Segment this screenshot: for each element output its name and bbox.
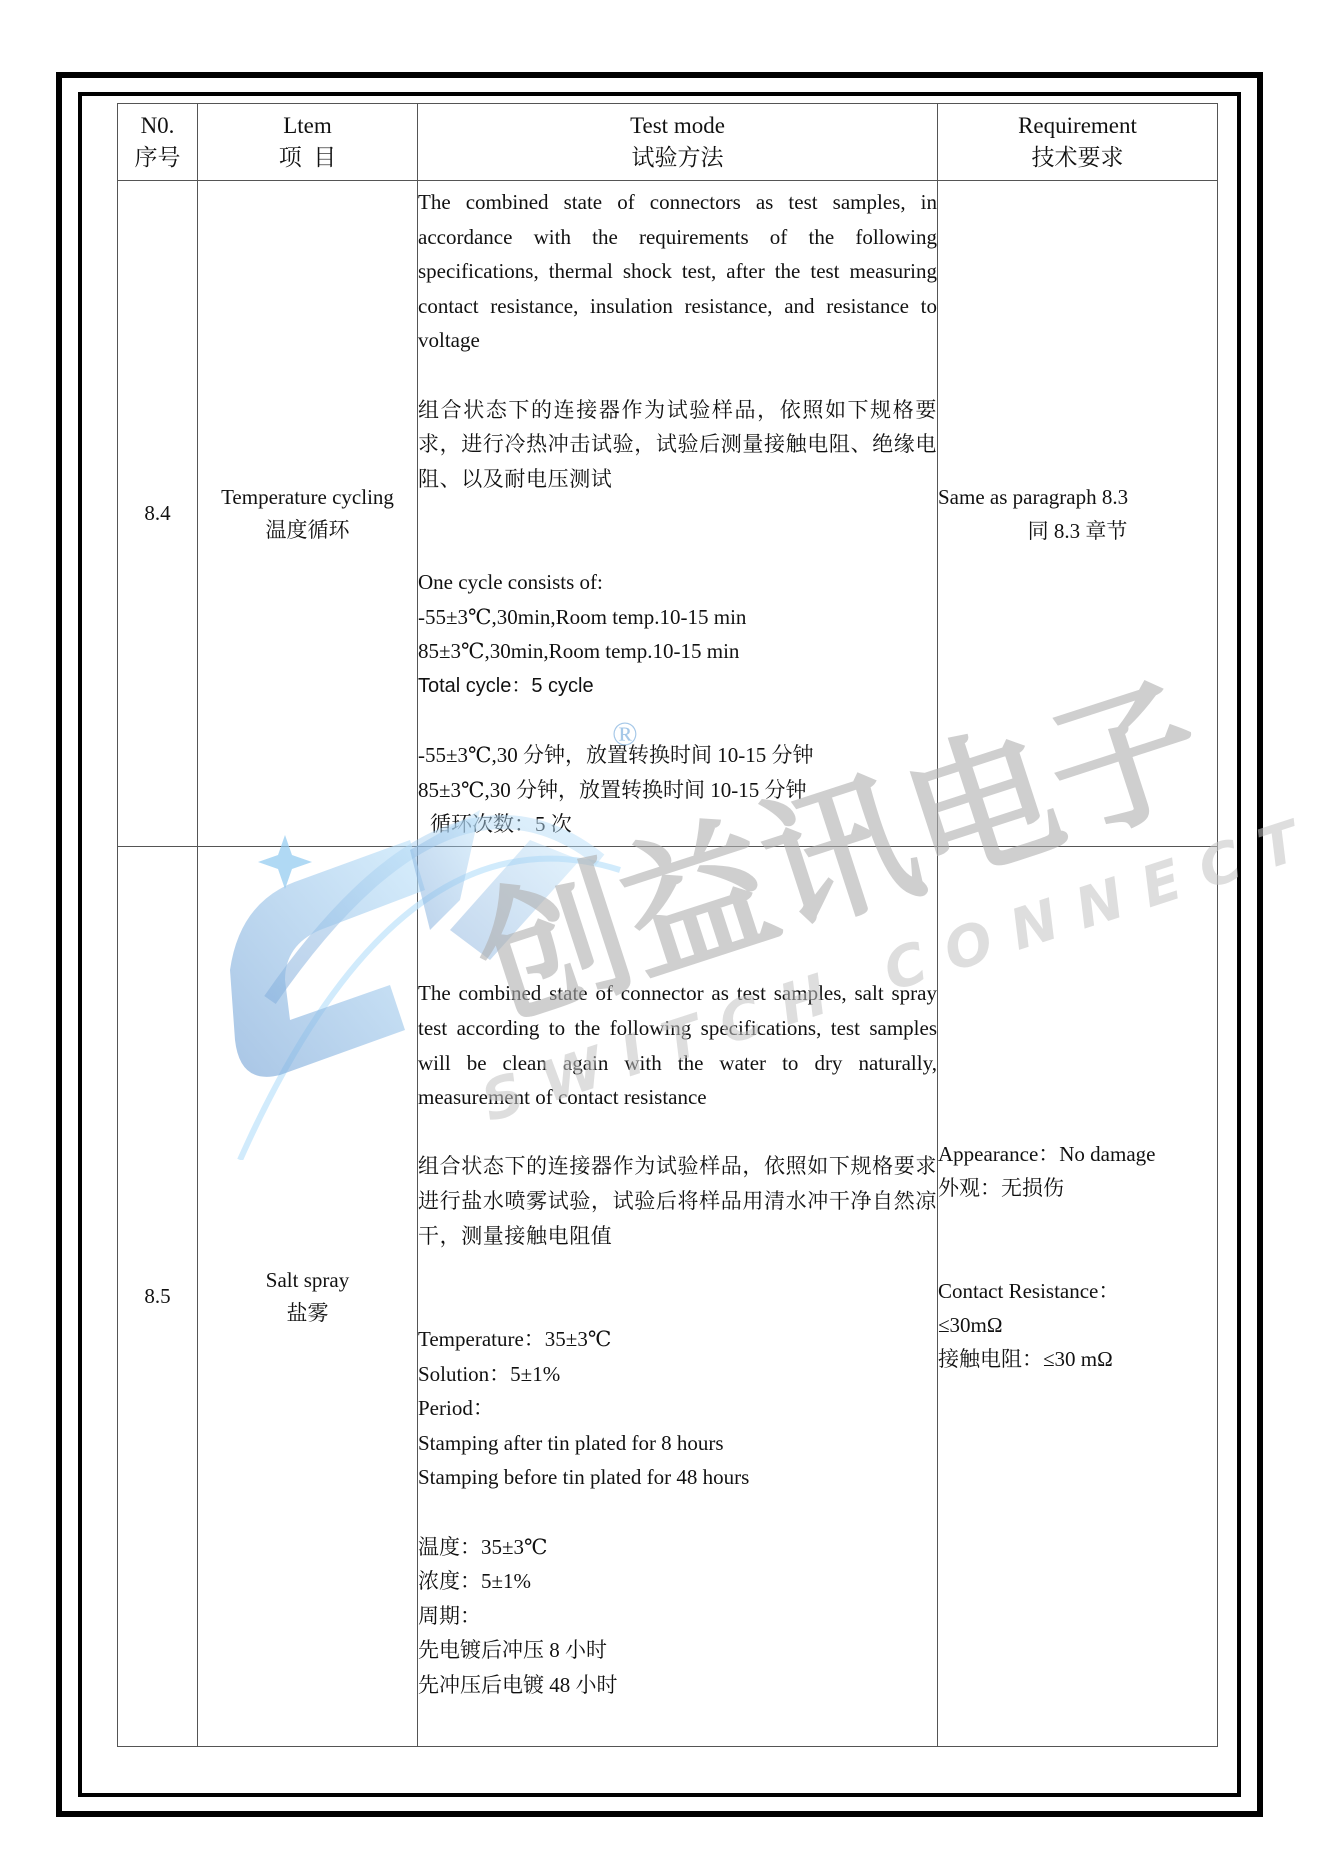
cycle-line: -55±3℃,30min,Room temp.10-15 min — [418, 600, 937, 635]
row-item: Salt spray 盐雾 — [198, 847, 418, 1747]
row-number: 8.5 — [118, 847, 198, 1747]
item-en: Temperature cycling — [198, 481, 417, 514]
header-req-en: Requirement — [938, 110, 1217, 142]
condition-line-zh: 先电镀后冲压 8 小时 — [418, 1633, 937, 1668]
row-requirement: Appearance：No damage 外观：无损伤 Contact Resi… — [938, 847, 1218, 1747]
condition-line-zh: 周期： — [418, 1599, 937, 1634]
cycle-line-zh: -55±3℃,30 分钟，放置转换时间 10-15 分钟 — [418, 738, 937, 773]
total-cycle: Total cycle：5 cycle — [418, 669, 937, 704]
header-item-en: Ltem — [198, 110, 417, 142]
table-row: 8.4 Temperature cycling 温度循环 The combine… — [118, 181, 1218, 847]
test-spec-table: N0. 序号 Ltem 项 目 Test mode 试验方法 Requireme… — [117, 103, 1218, 1747]
mode-description-zh: 组合状态下的连接器作为试验样品，依照如下规格要求，进行冷热冲击试验，试验后测量接… — [418, 393, 937, 497]
row-test-mode: The combined state of connector as test … — [418, 847, 938, 1747]
table-header-row: N0. 序号 Ltem 项 目 Test mode 试验方法 Requireme… — [118, 104, 1218, 181]
req-appearance-zh: 外观：无损伤 — [938, 1171, 1217, 1205]
table-row: 8.5 Salt spray 盐雾 The combined state of … — [118, 847, 1218, 1747]
req-zh: 同 8.3 章节 — [938, 514, 1217, 548]
row-requirement: Same as paragraph 8.3 同 8.3 章节 — [938, 181, 1218, 847]
header-test-mode: Test mode 试验方法 — [418, 104, 938, 181]
condition-line-zh: 先冲压后电镀 48 小时 — [418, 1668, 937, 1703]
condition-line: Solution：5±1% — [418, 1357, 937, 1392]
header-no: N0. 序号 — [118, 104, 198, 181]
header-item-zh: 项 目 — [198, 142, 417, 174]
condition-line: Stamping after tin plated for 8 hours — [418, 1426, 937, 1461]
header-no-en: N0. — [118, 110, 197, 142]
header-mode-zh: 试验方法 — [418, 142, 937, 174]
row-number: 8.4 — [118, 181, 198, 847]
cycle-line: One cycle consists of: — [418, 565, 937, 600]
item-zh: 盐雾 — [198, 1297, 417, 1330]
header-mode-en: Test mode — [418, 110, 937, 142]
cycle-line: 85±3℃,30min,Room temp.10-15 min — [418, 634, 937, 669]
condition-line-zh: 温度：35±3℃ — [418, 1530, 937, 1565]
mode-description-zh: 组合状态下的连接器作为试验样品，依照如下规格要求进行盐水喷雾试验，试验后将样品用… — [418, 1149, 937, 1253]
req-contact-resistance-label: Contact Resistance： — [938, 1274, 1217, 1308]
mode-description-en: The combined state of connector as test … — [418, 976, 937, 1114]
cycle-count-zh: 循环次数：5 次 — [418, 807, 937, 842]
header-req-zh: 技术要求 — [938, 142, 1217, 174]
condition-line: Period： — [418, 1391, 937, 1426]
mode-description-en: The combined state of connectors as test… — [418, 185, 937, 358]
condition-line-zh: 浓度：5±1% — [418, 1564, 937, 1599]
req-appearance-en: Appearance：No damage — [938, 1137, 1217, 1171]
condition-line: Stamping before tin plated for 48 hours — [418, 1460, 937, 1495]
header-no-zh: 序号 — [118, 142, 197, 174]
req-contact-resistance-value: ≤30mΩ — [938, 1308, 1217, 1342]
header-item: Ltem 项 目 — [198, 104, 418, 181]
item-zh: 温度循环 — [198, 514, 417, 547]
req-contact-resistance-zh: 接触电阻：≤30 mΩ — [938, 1342, 1217, 1376]
condition-line: Temperature：35±3℃ — [418, 1322, 937, 1357]
row-test-mode: The combined state of connectors as test… — [418, 181, 938, 847]
item-en: Salt spray — [198, 1264, 417, 1297]
req-en: Same as paragraph 8.3 — [938, 480, 1217, 514]
row-item: Temperature cycling 温度循环 — [198, 181, 418, 847]
header-requirement: Requirement 技术要求 — [938, 104, 1218, 181]
cycle-line-zh: 85±3℃,30 分钟，放置转换时间 10-15 分钟 — [418, 773, 937, 808]
